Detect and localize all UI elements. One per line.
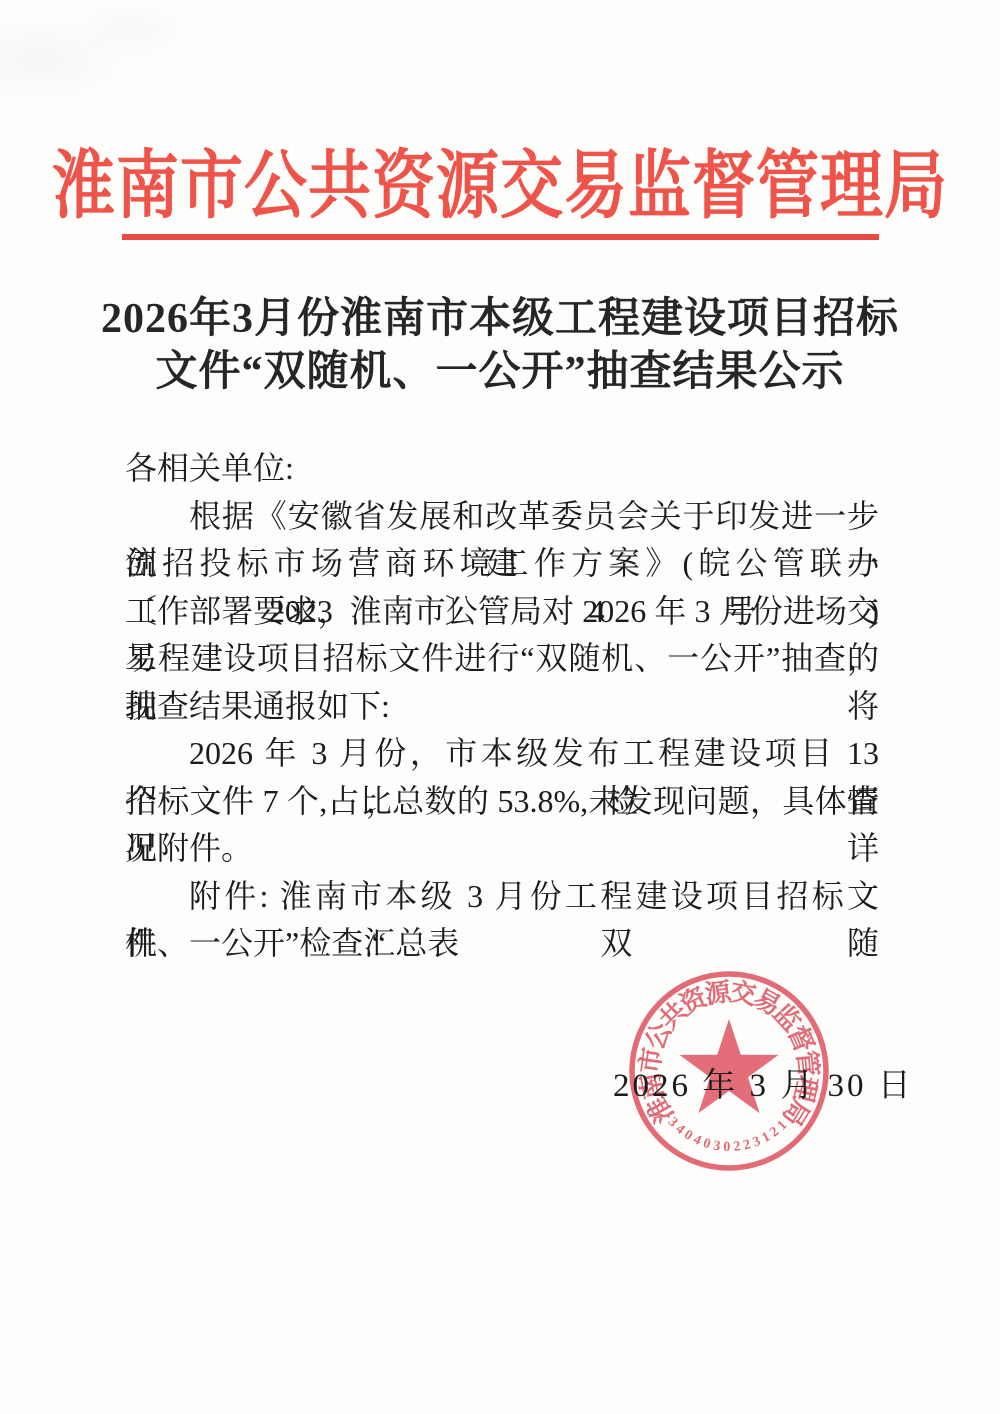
body-line-attachment: 附件: 淮南市本级 3 月份工程建设项目招标文件“双随 [125,873,879,921]
body-line: 2026 年 3 月份，市本级发布工程建设项目 13 个，检查 [125,730,879,778]
org-header-title: 淮南市公共资源交易监督管理局 [0,126,1000,233]
document-title: 2026年3月份淮南市本级工程建设项目招标 文件“双随机、一公开”抽查结果公示 [0,293,1000,399]
body-line: 根据《安徽省发展和改革委员会关于印发进一步创建一 [125,493,879,541]
document-title-line2: 文件“双随机、一公开”抽查结果公示 [0,346,1000,399]
body-line: 工作部署要求，淮南市公管局对 2026 年 3 月份进场交易的 [125,588,879,636]
header-divider-rule [122,234,879,240]
document-title-line1: 2026年3月份淮南市本级工程建设项目招标 [0,293,1000,346]
document-date: 2026 年 3 月 30 日 [613,1059,914,1106]
seal-code-text: 3404030223121 [665,1115,791,1155]
document-body: 各相关单位: 根据《安徽省发展和改革委员会关于印发进一步创建一 流招投标市场营商… [125,445,879,968]
body-line: 流招投标市场营商环境工作方案》(皖公管联办〔2023〕4 号) [125,540,879,588]
body-line: 工程建设项目招标文件进行“双随机、一公开”抽查，现将 [125,635,879,683]
body-line-salutation: 各相关单位: [125,445,879,493]
document-page: 淮南市公共资源交易监督管理局 2026年3月份淮南市本级工程建设项目招标 文件“… [0,0,1000,1414]
body-line: 招标文件 7 个,占比总数的 53.8%,未发现问题，具体情况详 [125,778,879,826]
